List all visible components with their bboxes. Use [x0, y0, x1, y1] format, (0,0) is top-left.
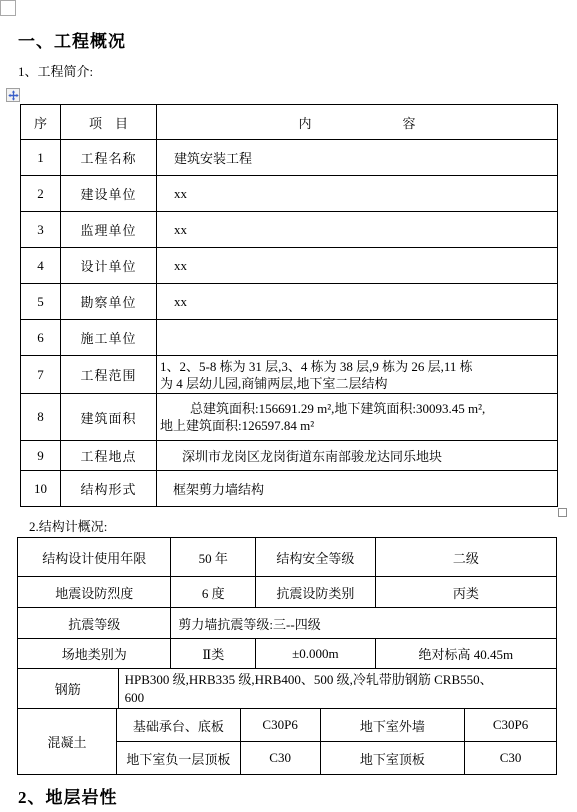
t2-r2-c4[interactable]: 丙类: [375, 577, 556, 607]
table-row: 8 建筑面积 总建筑面积:156691.29 m²,地下建筑面积:30093.4…: [21, 394, 558, 441]
t1-r7-content[interactable]: 1、2、5-8 栋为 31 层,3、4 栋为 38 层,9 栋为 26 层,11…: [157, 356, 558, 394]
table-row: 混凝土 基础承台、底板 C30P6 地下室外墙 C30P6 地下室负一层顶板 C…: [18, 708, 556, 774]
project-info-table: 序 项 目 内 容 1 工程名称 建筑安装工程 2 建设单位 xx 3 监理单位…: [20, 104, 558, 507]
t2-r6-c3[interactable]: C30P6: [240, 709, 320, 741]
move-icon: [8, 90, 19, 101]
table-row: 地震设防烈度 6 度 抗震设防类别 丙类: [18, 576, 556, 607]
table-move-handle[interactable]: [6, 88, 20, 102]
t1-header-seq[interactable]: 序: [21, 105, 61, 140]
t2-r2-c3[interactable]: 抗震设防类别: [255, 577, 375, 607]
t2-concrete-grid: 基础承台、底板 C30P6 地下室外墙 C30P6 地下室负一层顶板 C30 地…: [116, 709, 556, 774]
t1-r2-seq[interactable]: 2: [21, 176, 61, 212]
table-row: 10 结构形式 框架剪力墙结构: [21, 471, 558, 507]
table-row: 5 勘察单位 xx: [21, 284, 558, 320]
t1-r8-content[interactable]: 总建筑面积:156691.29 m²,地下建筑面积:30093.45 m², 地…: [157, 394, 558, 441]
t1-r9-content[interactable]: 深圳市龙岗区龙岗街道东南部骏龙达同乐地块: [157, 441, 558, 471]
table-row: 3 监理单位 xx: [21, 212, 558, 248]
t1-r1-seq[interactable]: 1: [21, 140, 61, 176]
t1-r2-content[interactable]: xx: [157, 176, 558, 212]
t2-r6-c2[interactable]: 基础承台、底板: [117, 709, 240, 741]
t2-r4-c3[interactable]: ±0.000m: [255, 639, 375, 668]
t2-r7-c2[interactable]: 地下室负一层顶板: [117, 742, 240, 774]
t2-r3-c1[interactable]: 抗震等级: [18, 608, 170, 638]
t2-r1-c4[interactable]: 二级: [375, 538, 556, 576]
t1-r6-content[interactable]: [157, 320, 558, 356]
table-row: 2 建设单位 xx: [21, 176, 558, 212]
t1-r3-seq[interactable]: 3: [21, 212, 61, 248]
t2-r5-c2[interactable]: HPB300 级,HRB335 级,HRB400、500 级,冷轧带肋钢筋 CR…: [118, 669, 556, 708]
t2-concrete-label[interactable]: 混凝土: [18, 709, 116, 774]
t1-r1-content[interactable]: 建筑安装工程: [157, 140, 558, 176]
t1-r10-item[interactable]: 结构形式: [61, 471, 157, 507]
t1-r6-item[interactable]: 施工单位: [61, 320, 157, 356]
project-intro-subheading: 1、工程简介:: [18, 61, 93, 80]
t1-r4-item[interactable]: 设计单位: [61, 248, 157, 284]
t2-r7-c5[interactable]: C30: [464, 742, 556, 774]
t1-r3-item[interactable]: 监理单位: [61, 212, 157, 248]
t2-r4-c4[interactable]: 绝对标高 40.45m: [375, 639, 556, 668]
t1-r8-seq[interactable]: 8: [21, 394, 61, 441]
t2-r1-c2[interactable]: 50 年: [170, 538, 255, 576]
table-row: 结构设计使用年限 50 年 结构安全等级 二级: [18, 538, 556, 576]
structure-design-table: 结构设计使用年限 50 年 结构安全等级 二级 地震设防烈度 6 度 抗震设防类…: [17, 537, 557, 775]
table-row: 抗震等级 剪力墙抗震等级:三--四级: [18, 607, 556, 638]
table-row: 基础承台、底板 C30P6 地下室外墙 C30P6: [117, 709, 556, 741]
t1-r7-seq[interactable]: 7: [21, 356, 61, 394]
t1-r8-content-line2: 地上建筑面积:126597.84 m²: [160, 417, 555, 434]
t2-r2-c2[interactable]: 6 度: [170, 577, 255, 607]
t1-r7-content-line2: 为 4 层幼儿园,商铺两层,地下室二层结构: [160, 375, 555, 392]
t2-r7-c3[interactable]: C30: [240, 742, 320, 774]
table-row: 序 项 目 内 容: [21, 105, 558, 140]
table-resize-handle[interactable]: [558, 508, 567, 517]
table-row: 场地类别为 Ⅱ类 ±0.000m 绝对标高 40.45m: [18, 638, 556, 668]
t2-r4-c1[interactable]: 场地类别为: [18, 639, 170, 668]
section1-heading: 一、工程概况: [18, 27, 126, 52]
t1-r1-item[interactable]: 工程名称: [61, 140, 157, 176]
t2-r4-c2[interactable]: Ⅱ类: [170, 639, 255, 668]
t2-r5-c1[interactable]: 钢筋: [18, 669, 118, 708]
t1-r5-item[interactable]: 勘察单位: [61, 284, 157, 320]
t2-r1-c3[interactable]: 结构安全等级: [255, 538, 375, 576]
t1-r5-content[interactable]: xx: [157, 284, 558, 320]
structure-overview-subheading: 2.结构计概况:: [29, 516, 107, 535]
table-row: 4 设计单位 xx: [21, 248, 558, 284]
t1-header-item[interactable]: 项 目: [61, 105, 157, 140]
t2-r1-c1[interactable]: 结构设计使用年限: [18, 538, 170, 576]
table-row: 钢筋 HPB300 级,HRB335 级,HRB400、500 级,冷轧带肋钢筋…: [18, 668, 556, 708]
t1-header-content[interactable]: 内 容: [157, 105, 558, 140]
page-corner-marker: [0, 0, 16, 16]
t1-r10-seq[interactable]: 10: [21, 471, 61, 507]
t1-r7-content-line1: 1、2、5-8 栋为 31 层,3、4 栋为 38 层,9 栋为 26 层,11…: [160, 358, 555, 375]
t1-r6-seq[interactable]: 6: [21, 320, 61, 356]
t1-r9-seq[interactable]: 9: [21, 441, 61, 471]
table-row: 1 工程名称 建筑安装工程: [21, 140, 558, 176]
t1-r5-seq[interactable]: 5: [21, 284, 61, 320]
t1-r10-content[interactable]: 框架剪力墙结构: [157, 471, 558, 507]
t2-r6-c4[interactable]: 地下室外墙: [320, 709, 465, 741]
t2-r5-line1: HPB300 级,HRB335 级,HRB400、500 级,冷轧带肋钢筋 CR…: [125, 671, 552, 689]
section2-heading: 2、地层岩性: [18, 783, 118, 808]
t1-r8-content-line1: 总建筑面积:156691.29 m²,地下建筑面积:30093.45 m²,: [160, 400, 555, 417]
table-row: 6 施工单位: [21, 320, 558, 356]
t2-r6-c5[interactable]: C30P6: [464, 709, 556, 741]
table-row: 7 工程范围 1、2、5-8 栋为 31 层,3、4 栋为 38 层,9 栋为 …: [21, 356, 558, 394]
table-row: 地下室负一层顶板 C30 地下室顶板 C30: [117, 741, 556, 774]
t2-r2-c1[interactable]: 地震设防烈度: [18, 577, 170, 607]
t1-r7-item[interactable]: 工程范围: [61, 356, 157, 394]
t1-r2-item[interactable]: 建设单位: [61, 176, 157, 212]
t1-r4-content[interactable]: xx: [157, 248, 558, 284]
t1-r3-content[interactable]: xx: [157, 212, 558, 248]
t1-r4-seq[interactable]: 4: [21, 248, 61, 284]
t1-r9-item[interactable]: 工程地点: [61, 441, 157, 471]
t2-r3-c2[interactable]: 剪力墙抗震等级:三--四级: [170, 608, 556, 638]
t2-r5-line2: 600: [125, 689, 552, 707]
t1-r8-item[interactable]: 建筑面积: [61, 394, 157, 441]
table-row: 9 工程地点 深圳市龙岗区龙岗街道东南部骏龙达同乐地块: [21, 441, 558, 471]
t2-r7-c4[interactable]: 地下室顶板: [320, 742, 465, 774]
